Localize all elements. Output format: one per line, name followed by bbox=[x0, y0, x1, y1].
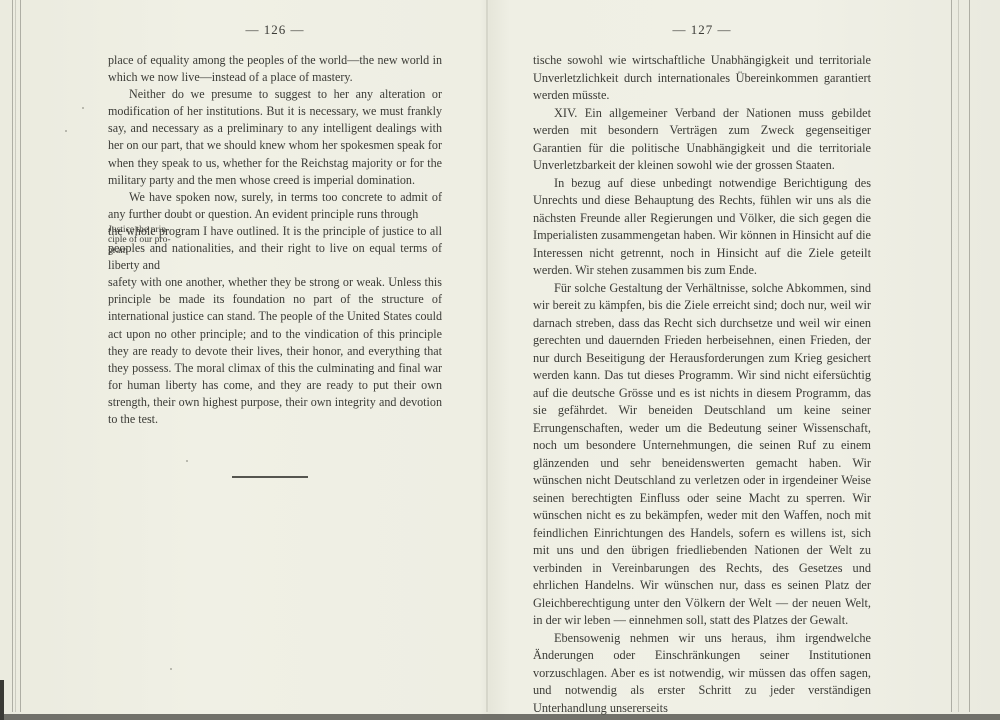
left-page-text: place of equality among the peoples of t… bbox=[108, 52, 442, 428]
paper-speck bbox=[65, 130, 67, 132]
margin-note: Justice the prin- ciple of our pro- gram bbox=[108, 225, 182, 257]
right-page-text: tische sowohl wie wirtschaftliche Unabhä… bbox=[533, 52, 871, 717]
paragraph: In bezug auf diese unbedingt notwendige … bbox=[533, 175, 871, 280]
paper-speck bbox=[170, 668, 172, 670]
paragraph: Für solche Gestaltung der Verhältnisse, … bbox=[533, 280, 871, 630]
paragraph: safety with one another, whether they be… bbox=[108, 274, 442, 428]
scan-left-edge bbox=[0, 680, 4, 720]
paper-speck bbox=[186, 460, 188, 462]
paper-speck bbox=[82, 107, 84, 109]
left-edge-line bbox=[20, 0, 21, 712]
sidenote-block: Justice the prin- ciple of our pro- gram… bbox=[108, 223, 442, 274]
section-separator bbox=[232, 476, 308, 478]
paragraph: Neither do we presume to suggest to her … bbox=[108, 86, 442, 189]
gutter bbox=[486, 0, 488, 712]
paragraph: Ebensowenig nehmen wir uns heraus, ihm i… bbox=[533, 630, 871, 718]
right-edge-line bbox=[958, 0, 959, 712]
paragraph: XIV. Ein allgemeiner Verband der Natione… bbox=[533, 105, 871, 175]
paragraph: place of equality among the peoples of t… bbox=[108, 52, 442, 86]
right-edge-line bbox=[969, 0, 970, 712]
left-edge-line bbox=[12, 0, 13, 712]
margin-note-line: gram bbox=[108, 246, 182, 257]
left-page: — 126 — place of equality among the peop… bbox=[108, 22, 442, 428]
paragraph: tische sowohl wie wirtschaftliche Unabhä… bbox=[533, 52, 871, 105]
book-spread: — 126 — place of equality among the peop… bbox=[0, 0, 1000, 720]
page-number: — 126 — bbox=[108, 22, 442, 38]
right-page: — 127 — tische sowohl wie wirtschaftlich… bbox=[533, 22, 871, 717]
paragraph: We have spoken now, surely, in terms too… bbox=[108, 189, 442, 223]
right-edge-line bbox=[951, 0, 952, 712]
left-edge-line bbox=[15, 0, 16, 712]
page-number: — 127 — bbox=[533, 22, 871, 38]
